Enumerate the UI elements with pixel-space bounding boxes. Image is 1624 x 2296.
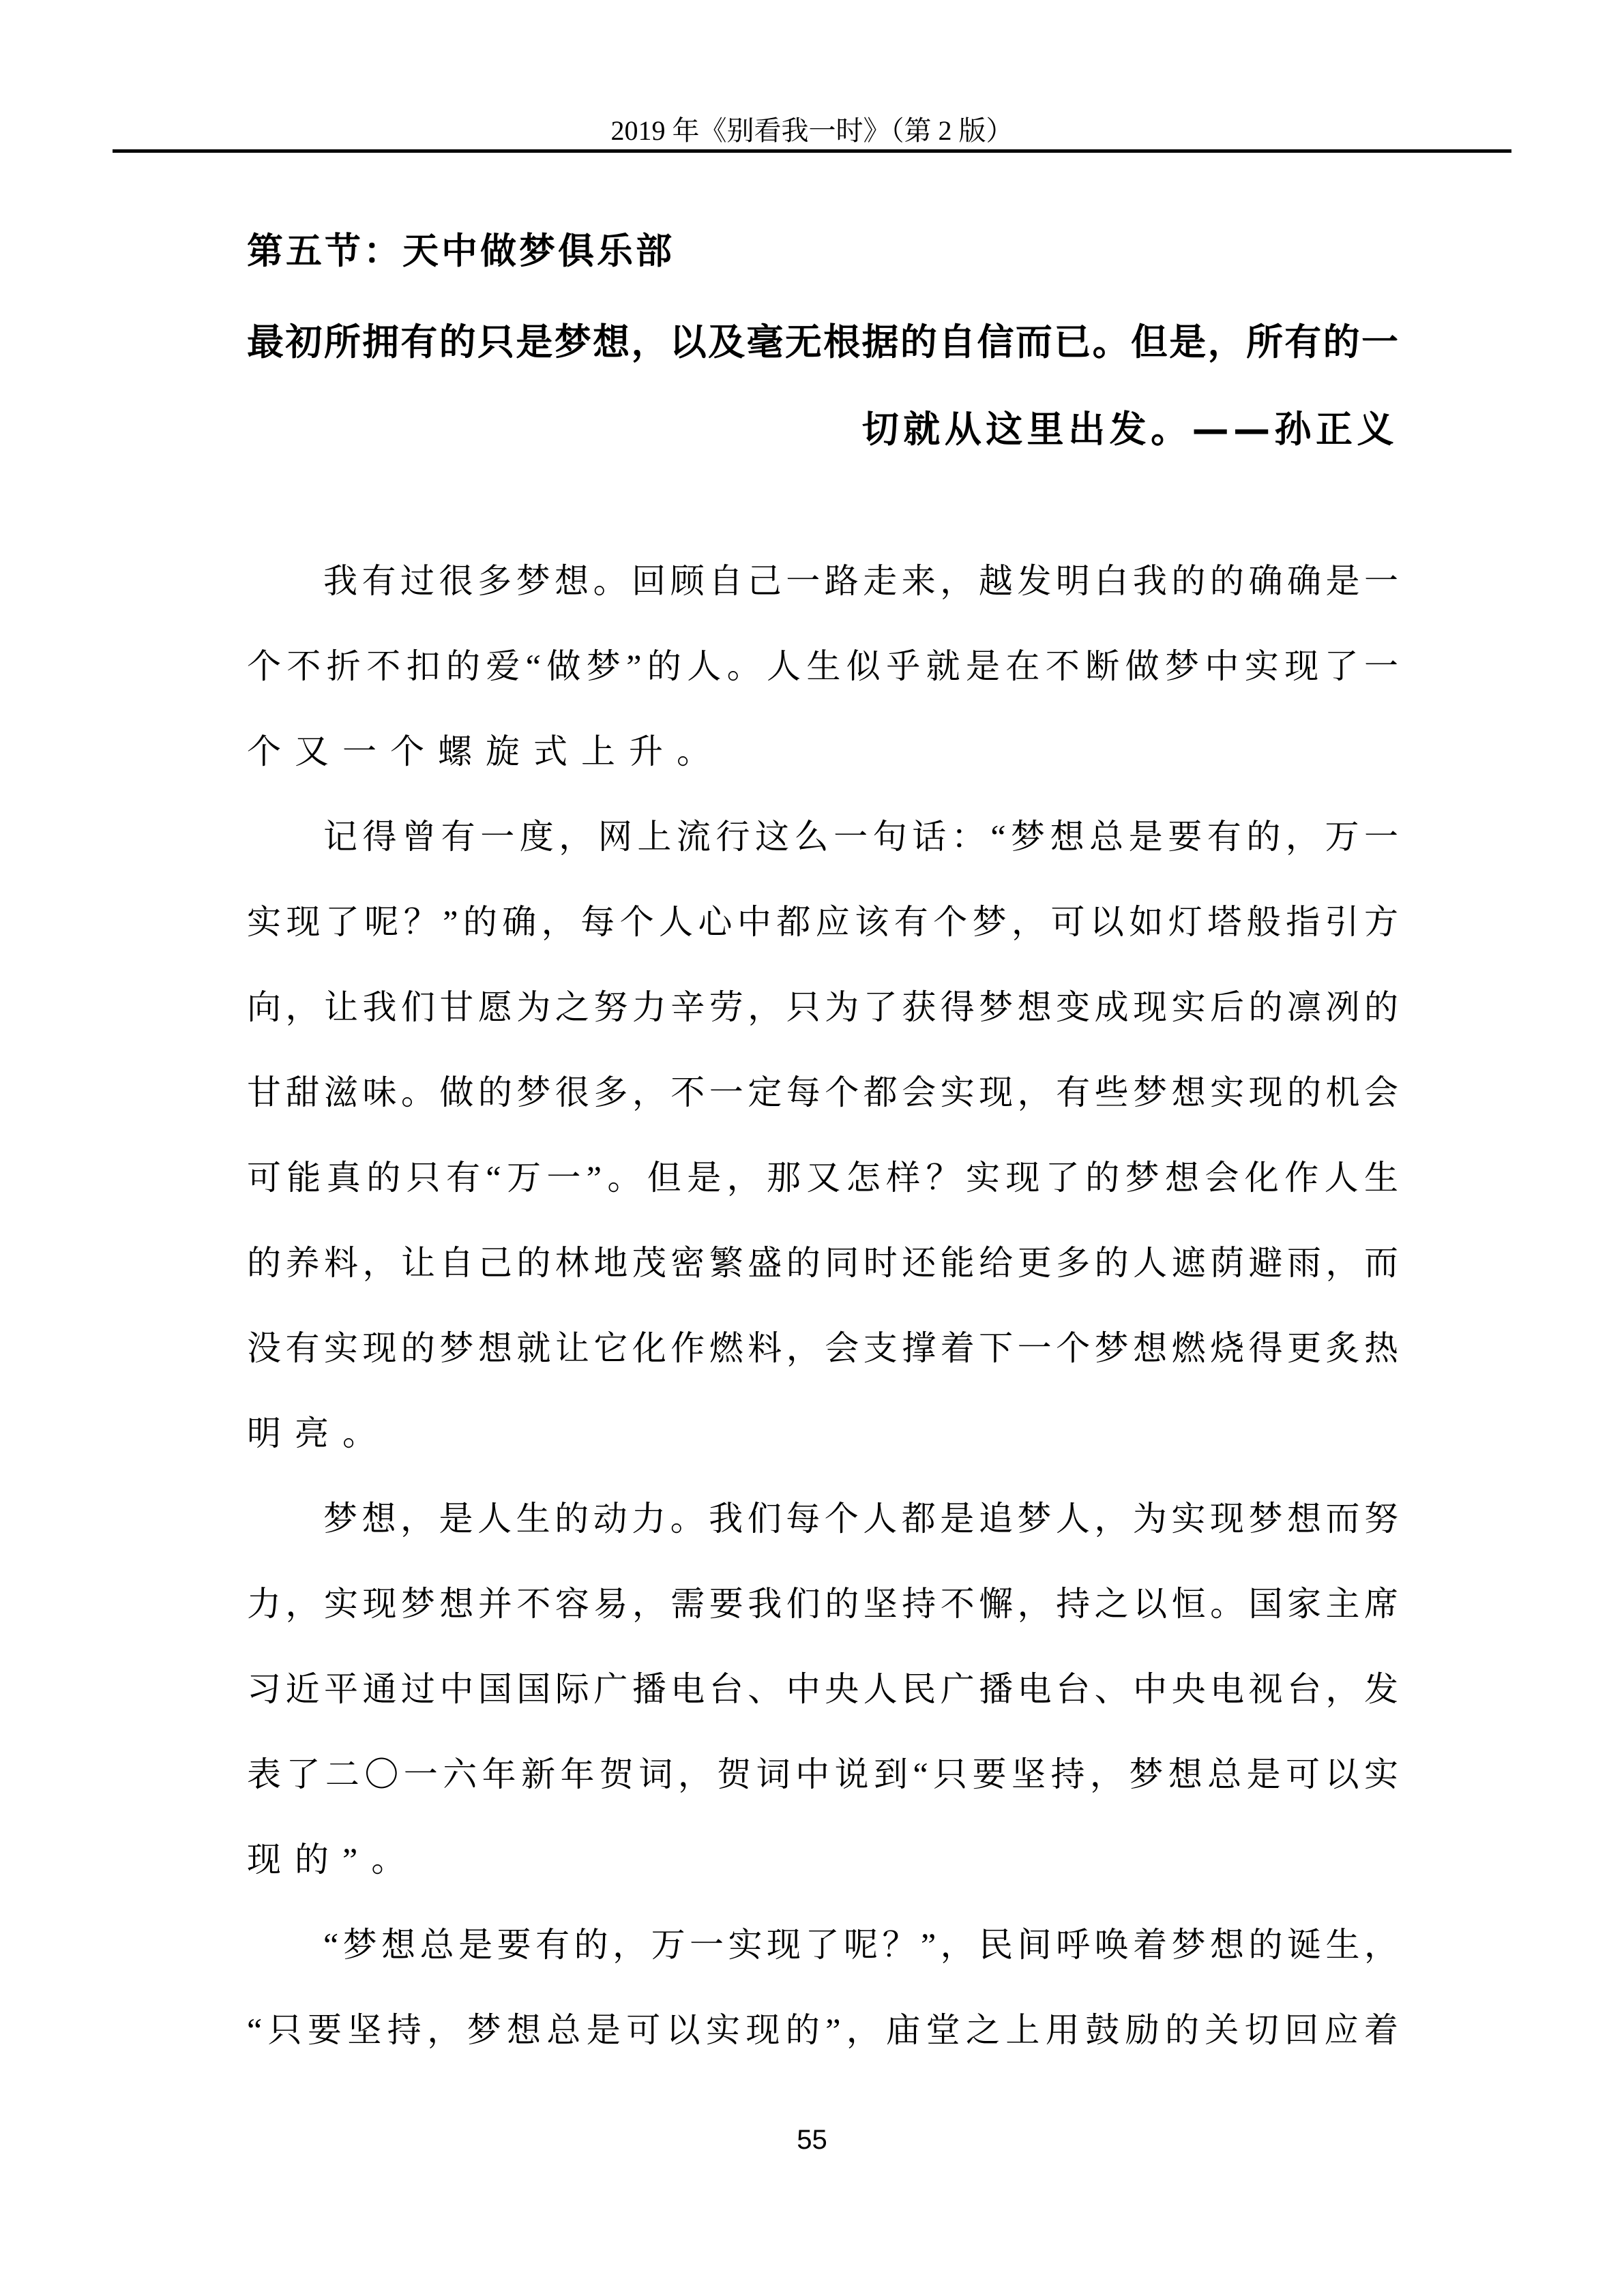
page-header-title: 2019 年《别看我一时》（第 2 版） — [0, 109, 1624, 148]
body-line: 梦想，是人生的动力。我们每个人都是追梦人，为实现梦想而努 — [247, 1476, 1398, 1562]
body-line: 记得曾有一度，网上流行这么一句话：“梦想总是要有的，万一 — [247, 794, 1398, 880]
page-number: 55 — [0, 2125, 1624, 2156]
body-text: 我有过很多梦想。回顾自己一路走来，越发明白我的的确确是一个不折不扣的爱“做梦”的… — [247, 539, 1398, 2073]
epigraph-line-2: 切就从这里出发。——孙正义 — [247, 386, 1398, 473]
body-line: 力，实现梦想并不容易，需要我们的坚持不懈，持之以恒。国家主席 — [247, 1562, 1398, 1647]
body-line: 没有实现的梦想就让它化作燃料，会支撑着下一个梦想燃烧得更炙热 — [247, 1306, 1398, 1391]
body-line: 实现了呢？”的确，每个人心中都应该有个梦，可以如灯塔般指引方 — [247, 880, 1398, 965]
body-line: 个不折不扣的爱“做梦”的人。人生似乎就是在不断做梦中实现了一 — [247, 624, 1398, 709]
body-line: 明亮。 — [247, 1391, 1398, 1476]
header-divider-rule — [113, 149, 1511, 153]
body-line: 可能真的只有“万一”。但是，那又怎样？实现了的梦想会化作人生 — [247, 1135, 1398, 1221]
body-line: 个又一个螺旋式上升。 — [247, 709, 1398, 794]
body-line: 甘甜滋味。做的梦很多，不一定每个都会实现，有些梦想实现的机会 — [247, 1050, 1398, 1135]
epigraph-line-1: 最初所拥有的只是梦想，以及毫无根据的自信而已。但是，所有的一 — [247, 299, 1398, 386]
body-line: “只要坚持，梦想总是可以实现的”，庙堂之上用鼓励的关切回应着 — [247, 1988, 1398, 2073]
epigraph-quote: 最初所拥有的只是梦想，以及毫无根据的自信而已。但是，所有的一 切就从这里出发。—… — [247, 299, 1398, 473]
body-line: 现的”。 — [247, 1817, 1398, 1903]
body-line: 习近平通过中国国际广播电台、中央人民广播电台、中央电视台，发 — [247, 1647, 1398, 1732]
body-line: 我有过很多梦想。回顾自己一路走来，越发明白我的的确确是一 — [247, 539, 1398, 624]
section-title: 第五节：天中做梦俱乐部 — [247, 222, 1398, 274]
body-line: 的养料，让自己的林地茂密繁盛的同时还能给更多的人遮荫避雨，而 — [247, 1221, 1398, 1306]
body-line: “梦想总是要有的，万一实现了呢？”，民间呼唤着梦想的诞生， — [247, 1903, 1398, 1988]
body-line: 表了二〇一六年新年贺词，贺词中说到“只要坚持，梦想总是可以实 — [247, 1732, 1398, 1817]
body-line: 向，让我们甘愿为之努力辛劳，只为了获得梦想变成现实后的凛冽的 — [247, 965, 1398, 1050]
document-page: { "page": { "header": "2019 年《别看我一时》（第 2… — [0, 0, 1624, 2296]
